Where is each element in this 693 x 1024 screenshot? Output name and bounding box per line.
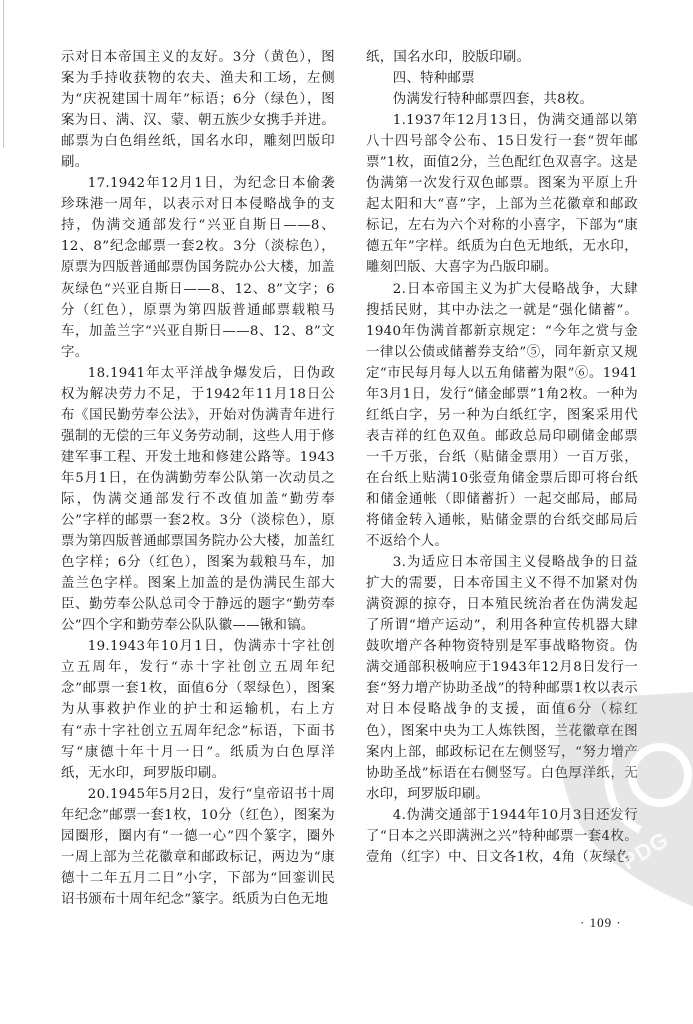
- section-intro: 伪满发行特种邮票四套，共8枚。: [366, 89, 638, 110]
- paragraph-17: 17.1942年12月1日，为纪念日本偷袭珍珠港一周年，以表示对日本侵略战争的支…: [61, 173, 335, 362]
- left-column: 示对日本帝国主义的友好。3分（黄色），图案为手持收获物的农夫、渔夫和工场，左侧为…: [61, 47, 335, 910]
- section-heading-special-stamps: 四、特种邮票: [366, 68, 638, 89]
- paragraph-18: 18.1941年太平洋战争爆发后，日伪政权为解决劳力不足，于1942年11月18…: [61, 363, 335, 637]
- special-stamp-item-1: 1.1937年12月13日，伪满交通部以第八十四号部令公布、15日发行一套“贺年…: [366, 110, 638, 278]
- paragraph-16-continued: 示对日本帝国主义的友好。3分（黄色），图案为手持收获物的农夫、渔夫和工场，左侧为…: [61, 47, 335, 173]
- special-stamp-item-3: 3.为适应日本帝国主义侵略战争的日益扩大的需要，日本帝国主义不得不加紧对伪满资源…: [366, 552, 638, 805]
- special-stamp-item-4: 4.伪满交通部于1944年10月3日还发行了“日本之兴即满洲之兴”特种邮票一套4…: [366, 805, 638, 868]
- paragraph-20: 20.1945年5月2日，发行“皇帝诏书十周年纪念”邮票一套1枚，10分（红色）…: [61, 784, 335, 910]
- paragraph-20-continued: 纸，国名水印，胶版印刷。: [366, 47, 638, 68]
- special-stamp-item-2: 2.日本帝国主义为扩大侵略战争，大肆搜括民财，其中办法之一就是“强化储蓄”。19…: [366, 279, 638, 553]
- paragraph-19: 19.1943年10月1日，伪满赤十字社创立五周年，发行“赤十字社创立五周年纪念…: [61, 636, 335, 783]
- scan-edge-line: [3, 0, 4, 148]
- right-column: 纸，国名水印，胶版印刷。 四、特种邮票 伪满发行特种邮票四套，共8枚。 1.19…: [366, 47, 638, 868]
- page-number: · 109 ·: [580, 915, 622, 931]
